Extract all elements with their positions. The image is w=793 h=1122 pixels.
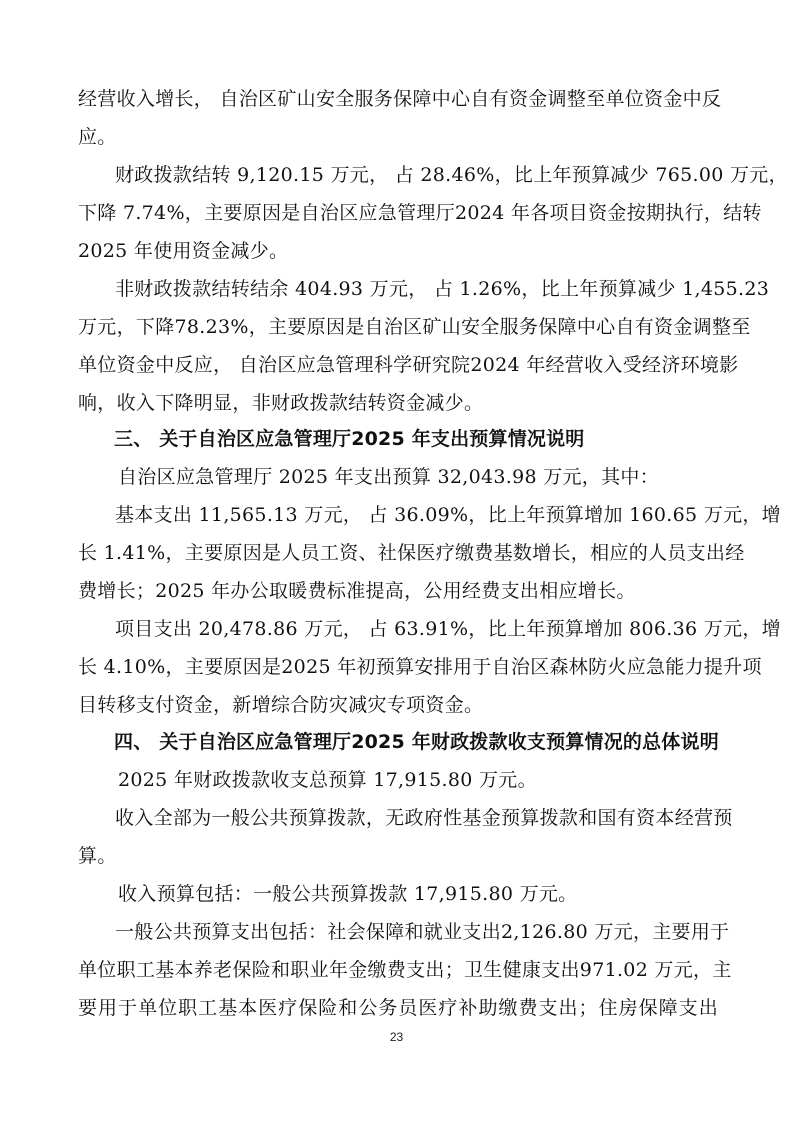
paragraph-line: 基本支出 11,565.13 万元， 占 36.09%，比上年预算增加 160.… <box>115 503 718 527</box>
paragraph-line: 下降 7.74%，主要原因是自治区应急管理厅2024 年各项目资金按期执行，结转 <box>78 201 718 225</box>
paragraph-line: 财政拨款结转 9,120.15 万元， 占 28.46%，比上年预算减少 765… <box>115 163 718 187</box>
paragraph-line: 单位职工基本养老保险和职业年金缴费支出；卫生健康支出971.02 万元，主 <box>78 958 718 982</box>
paragraph-line: 自治区应急管理厅 2025 年支出预算 32,043.98 万元，其中： <box>118 465 721 489</box>
paragraph-line: 2025 年使用资金减少。 <box>78 239 718 263</box>
paragraph-line: 2025 年财政拨款收支总预算 17,915.80 万元。 <box>118 768 721 792</box>
paragraph-line: 收入全部为一般公共预算拨款，无政府性基金预算拨款和国有资本经营预 <box>115 806 718 830</box>
paragraph-line: 响，收入下降明显，非财政拨款结转资金减少。 <box>78 391 718 415</box>
paragraph-line: 一般公共预算支出包括：社会保障和就业支出2,126.80 万元，主要用于 <box>115 920 718 944</box>
paragraph-line: 应。 <box>78 125 718 149</box>
paragraph-line: 长 1.41%，主要原因是人员工资、社保医疗缴费基数增长，相应的人员支出经 <box>78 541 718 565</box>
section-heading: 四、 关于自治区应急管理厅2025 年财政拨款收支预算情况的总体说明 <box>114 730 754 754</box>
page-number: 23 <box>0 1030 793 1044</box>
paragraph-line: 单位资金中反应， 自治区应急管理科学研究院2024 年经营收入受经济环境影 <box>78 353 718 377</box>
section-heading: 三、 关于自治区应急管理厅2025 年支出预算情况说明 <box>114 427 754 451</box>
paragraph-line: 要用于单位职工基本医疗保险和公务员医疗补助缴费支出；住房保障支出 <box>78 996 718 1020</box>
paragraph-line: 经营收入增长， 自治区矿山安全服务保障中心自有资金调整至单位资金中反 <box>78 87 718 111</box>
paragraph-line: 费增长；2025 年办公取暖费标准提高，公用经费支出相应增长。 <box>78 579 718 603</box>
document-page: 经营收入增长， 自治区矿山安全服务保障中心自有资金调整至单位资金中反应。财政拨款… <box>0 0 793 1122</box>
paragraph-line: 目转移支付资金，新增综合防灾减灾专项资金。 <box>78 693 718 717</box>
paragraph-line: 算。 <box>78 844 718 868</box>
paragraph-line: 收入预算包括：一般公共预算拨款 17,915.80 万元。 <box>118 882 721 906</box>
paragraph-line: 长 4.10%，主要原因是2025 年初预算安排用于自治区森林防火应急能力提升项 <box>78 655 718 679</box>
paragraph-line: 非财政拨款结转结余 404.93 万元， 占 1.26%，比上年预算减少 1,4… <box>115 277 718 301</box>
paragraph-line: 项目支出 20,478.86 万元， 占 63.91%，比上年预算增加 806.… <box>115 617 718 641</box>
paragraph-line: 万元，下降78.23%，主要原因是自治区矿山安全服务保障中心自有资金调整至 <box>78 315 718 339</box>
